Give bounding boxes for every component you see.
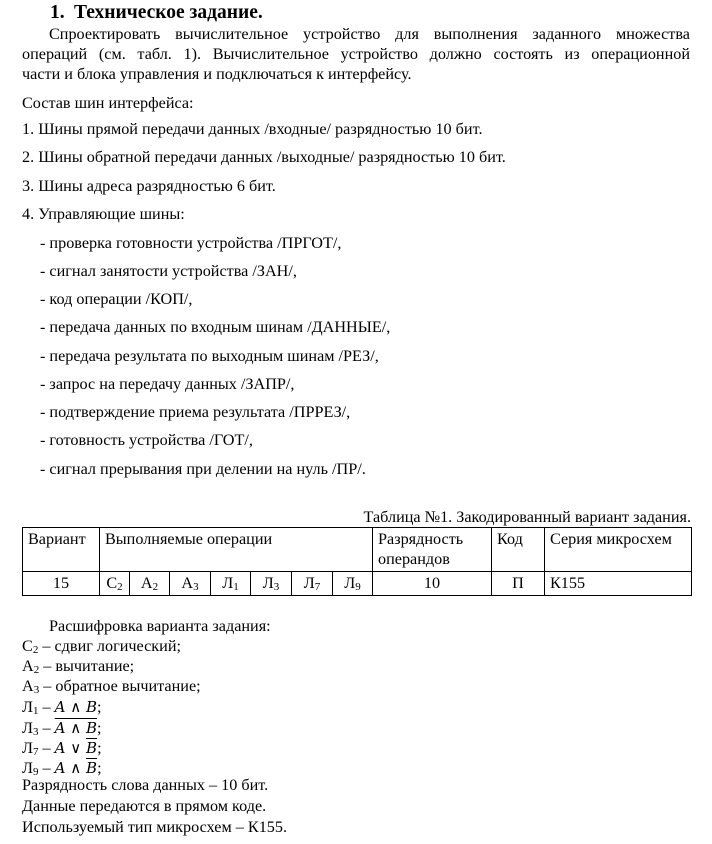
cell-operation: А2 [130,572,170,596]
decoding-title: Расшифровка варианта задания: [49,616,271,636]
cell-operation: Л3 [251,572,292,596]
variant-table: Вариант Выполняемые операции Разрядность… [22,527,692,596]
cell-operation: А3 [170,572,211,596]
header-operand-width: Разрядностьоперандов [373,528,492,572]
subscript: 3 [34,684,40,696]
control-signal-item: - передача результата по выходным шинам … [40,346,379,366]
control-signal-item: - сигнал занятости устройства /ЗАН/, [40,261,297,281]
logic-expression: A ∧ B [55,719,97,737]
subscript: 2 [33,644,39,656]
subscript: 9 [355,581,361,593]
subscript: 3 [33,726,39,738]
decoding-item: Л3 – A ∧ B; [22,718,102,738]
intro-line: Спроектировать вычислительное устройство… [22,24,690,44]
control-signal-item: - код операции /КОП/, [40,289,192,309]
decoding-note: Данные передаются в прямом коде. [22,796,266,816]
section-title: Техническое задание. [74,2,263,23]
intro-line: операций (см. табл. 1). Вычислительное у… [22,44,690,64]
control-signal-item: - запрос на передачу данных /ЗАПР/, [40,374,294,394]
cell-operation: Л7 [292,572,333,596]
subscript: 3 [274,581,280,593]
cell-code: П [492,572,545,596]
subscript: 7 [33,746,39,758]
table-row: 15 С2 А2 А3 Л1 Л3 Л7 Л9 10 П К155 [23,572,692,596]
intro-paragraph: Спроектировать вычислительное устройство… [22,24,690,84]
cell-operand-width: 10 [373,572,492,596]
section-number: 1. [50,1,74,25]
decoding-item: Л7 – A ∨ B; [22,738,102,758]
logic-expression: A ∨ B [55,739,97,757]
header-operations: Выполняемые операции [100,528,373,572]
subscript: 1 [33,705,39,717]
section-heading: 1.Техническое задание. [50,1,263,25]
bus-item: 3. Шины адреса разрядностью 6 бит. [22,176,276,196]
header-series: Серия микросхем [545,528,692,572]
subscript: 3 [193,581,199,593]
header-operand-width-line2: операндов [378,550,450,568]
bus-item: 4. Управляющие шины: [22,204,185,224]
control-signal-item: - подтверждение приема результата /ПРРЕЗ… [40,402,350,422]
subscript: 2 [153,581,159,593]
bus-item: 1. Шины прямой передачи данных /входные/… [22,119,483,139]
control-signal-item: - проверка готовности устройства /ПРГОТ/… [40,233,341,253]
decoding-item: А2 – вычитание; [22,656,134,676]
subscript: 2 [34,664,40,676]
control-signal-item: - сигнал прерывания при делении на нуль … [40,459,366,479]
decoding-note: Используемый тип микросхем – К155. [22,817,287,837]
decoding-item: С2 – сдвиг логический; [22,636,181,656]
control-signal-item: - передача данных по входным шинам /ДАНН… [40,317,390,337]
cell-variant: 15 [23,572,100,596]
decoding-item: А3 – обратное вычитание; [22,676,201,696]
header-variant: Вариант [23,528,100,572]
header-code: Код [492,528,545,572]
subscript: 1 [233,581,239,593]
bus-item: 2. Шины обратной передачи данных /выходн… [22,147,506,167]
table-caption: Таблица №1. Закодированный вариант задан… [363,507,691,527]
decoding-item: Л1 – A ∧ B; [22,697,102,717]
control-signal-item: - готовность устройства /ГОТ/, [40,430,253,450]
intro-line: части и блока управления и подключаться … [22,64,690,84]
cell-series: К155 [545,572,692,596]
cell-operation: Л1 [211,572,251,596]
decoding-note: Разрядность слова данных – 10 бит. [22,775,268,795]
table-header-row: Вариант Выполняемые операции Разрядность… [23,528,692,572]
cell-operation: Л9 [333,572,373,596]
subscript: 2 [117,581,123,593]
logic-expression: A ∧ B [55,698,97,716]
header-operand-width-line1: Разрядность [378,530,463,548]
bus-section-title: Состав шин интерфейса: [22,93,194,113]
cell-operation: С2 [100,572,130,596]
subscript: 7 [315,581,321,593]
negated-operand: B [86,739,97,757]
